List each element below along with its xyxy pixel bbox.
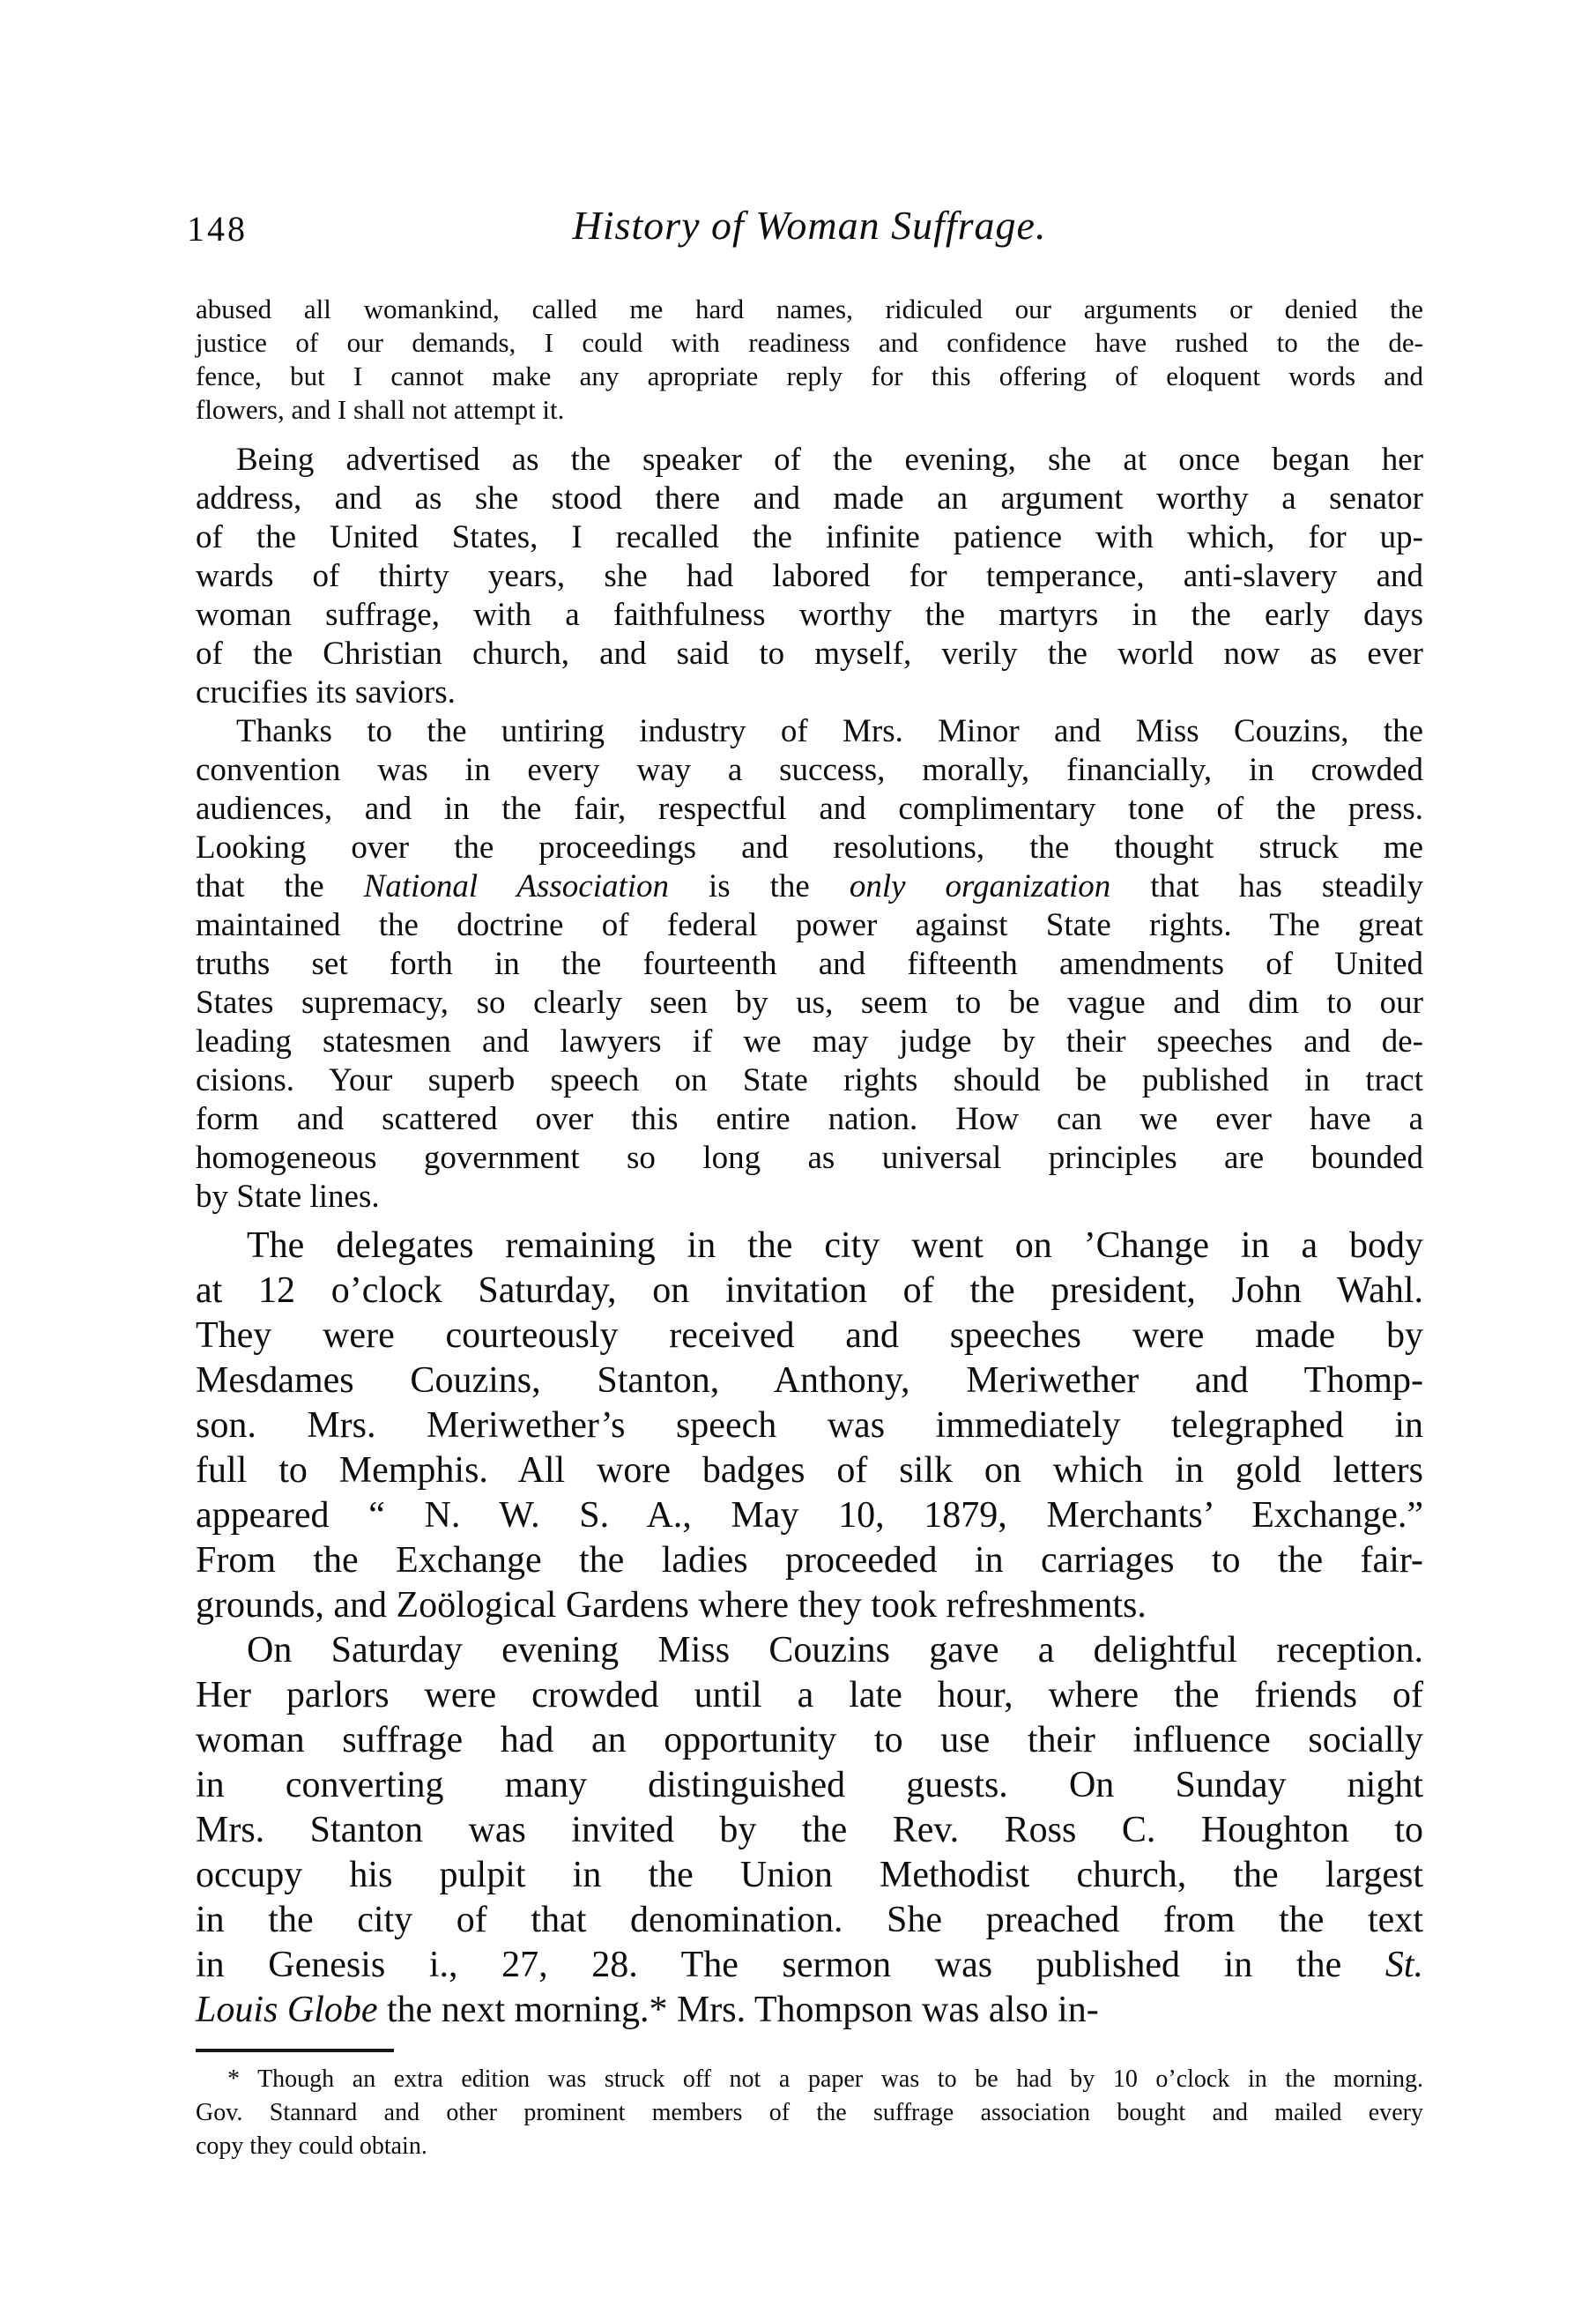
book-page: 148 History of Woman Suffrage. abused al…: [0, 0, 1596, 2307]
text-line: son. Mrs. Meriwether’s speech was immedi…: [196, 1403, 1423, 1448]
text-line: * Though an extra edition was struck off…: [196, 2063, 1423, 2096]
text-line: copy they could obtain.: [196, 2130, 1423, 2163]
text-line: They were courteously received and speec…: [196, 1314, 1423, 1358]
text-line: appeared “ N. W. S. A., May 10, 1879, Me…: [196, 1493, 1423, 1538]
text-line: maintained the doctrine of federal power…: [196, 906, 1423, 945]
text-line: in Genesis i., 27, 28. The sermon was pu…: [196, 1943, 1423, 1988]
text-line: The delegates remaining in the city went…: [196, 1224, 1423, 1269]
text-line: that the National Association is the onl…: [196, 867, 1423, 906]
text-line: grounds, and Zoölogical Gardens where th…: [196, 1583, 1423, 1628]
text-line: Mrs. Stanton was invited by the Rev. Ros…: [196, 1808, 1423, 1853]
text-line: by State lines.: [196, 1178, 1423, 1217]
text-line: Her parlors were crowded until a late ho…: [196, 1673, 1423, 1718]
text-line: Louis Globe the next morning.* Mrs. Thom…: [196, 1988, 1423, 2033]
text-line: full to Memphis. All wore badges of silk…: [196, 1448, 1423, 1493]
text-line: truths set forth in the fourteenth and f…: [196, 945, 1423, 984]
text-line: crucifies its saviors.: [196, 673, 1423, 712]
text-line: woman suffrage, with a faithfulness wort…: [196, 596, 1423, 635]
text-line: cisions. Your superb speech on State rig…: [196, 1061, 1423, 1100]
page-body: abused all womankind, called me hard nam…: [196, 293, 1423, 2033]
text-line: homogeneous government so long as univer…: [196, 1139, 1423, 1178]
footnote: * Though an extra edition was struck off…: [196, 2063, 1423, 2163]
paragraph: Thanks to the untiring industry of Mrs. …: [196, 712, 1423, 1217]
text-line: States supremacy, so clearly seen by us,…: [196, 984, 1423, 1023]
text-line: Being advertised as the speaker of the e…: [196, 441, 1423, 480]
text-line: Gov. Stannard and other prominent member…: [196, 2096, 1423, 2130]
text-line: woman suffrage had an opportunity to use…: [196, 1718, 1423, 1763]
text-line: Thanks to the untiring industry of Mrs. …: [196, 712, 1423, 751]
page-title: History of Woman Suffrage.: [196, 201, 1423, 250]
text-line: leading statesmen and lawyers if we may …: [196, 1023, 1423, 1061]
text-line: abused all womankind, called me hard nam…: [196, 293, 1423, 326]
text-line: at 12 o’clock Saturday, on invitation of…: [196, 1269, 1423, 1314]
text-line: of the United States, I recalled the inf…: [196, 518, 1423, 557]
text-line: in converting many distinguished guests.…: [196, 1763, 1423, 1808]
page-number: 148: [187, 208, 248, 249]
text-line: Looking over the proceedings and resolut…: [196, 829, 1423, 867]
text-line: form and scattered over this entire nati…: [196, 1100, 1423, 1139]
text-line: occupy his pulpit in the Union Methodist…: [196, 1853, 1423, 1898]
text-line: in the city of that denomination. She pr…: [196, 1898, 1423, 1943]
text-line: On Saturday evening Miss Couzins gave a …: [196, 1628, 1423, 1673]
paragraph: On Saturday evening Miss Couzins gave a …: [196, 1628, 1423, 2033]
text-line: From the Exchange the ladies proceeded i…: [196, 1538, 1423, 1583]
paragraph: Being advertised as the speaker of the e…: [196, 441, 1423, 712]
text-line: Mesdames Couzins, Stanton, Anthony, Meri…: [196, 1358, 1423, 1403]
text-line: wards of thirty years, she had labored f…: [196, 557, 1423, 596]
footnote-rule: [196, 2049, 394, 2052]
page-content: 148 History of Woman Suffrage. abused al…: [196, 201, 1423, 2163]
text-line: fence, but I cannot make any apropriate …: [196, 360, 1423, 393]
text-line: convention was in every way a success, m…: [196, 751, 1423, 790]
text-line: of the Christian church, and said to mys…: [196, 635, 1423, 673]
text-line: flowers, and I shall not attempt it.: [196, 393, 1423, 427]
text-line: address, and as she stood there and made…: [196, 480, 1423, 518]
page-header: 148 History of Woman Suffrage.: [196, 201, 1423, 250]
text-line: justice of our demands, I could with rea…: [196, 326, 1423, 360]
paragraph: The delegates remaining in the city went…: [196, 1224, 1423, 1628]
text-line: audiences, and in the fair, respectful a…: [196, 790, 1423, 829]
paragraph: abused all womankind, called me hard nam…: [196, 293, 1423, 427]
